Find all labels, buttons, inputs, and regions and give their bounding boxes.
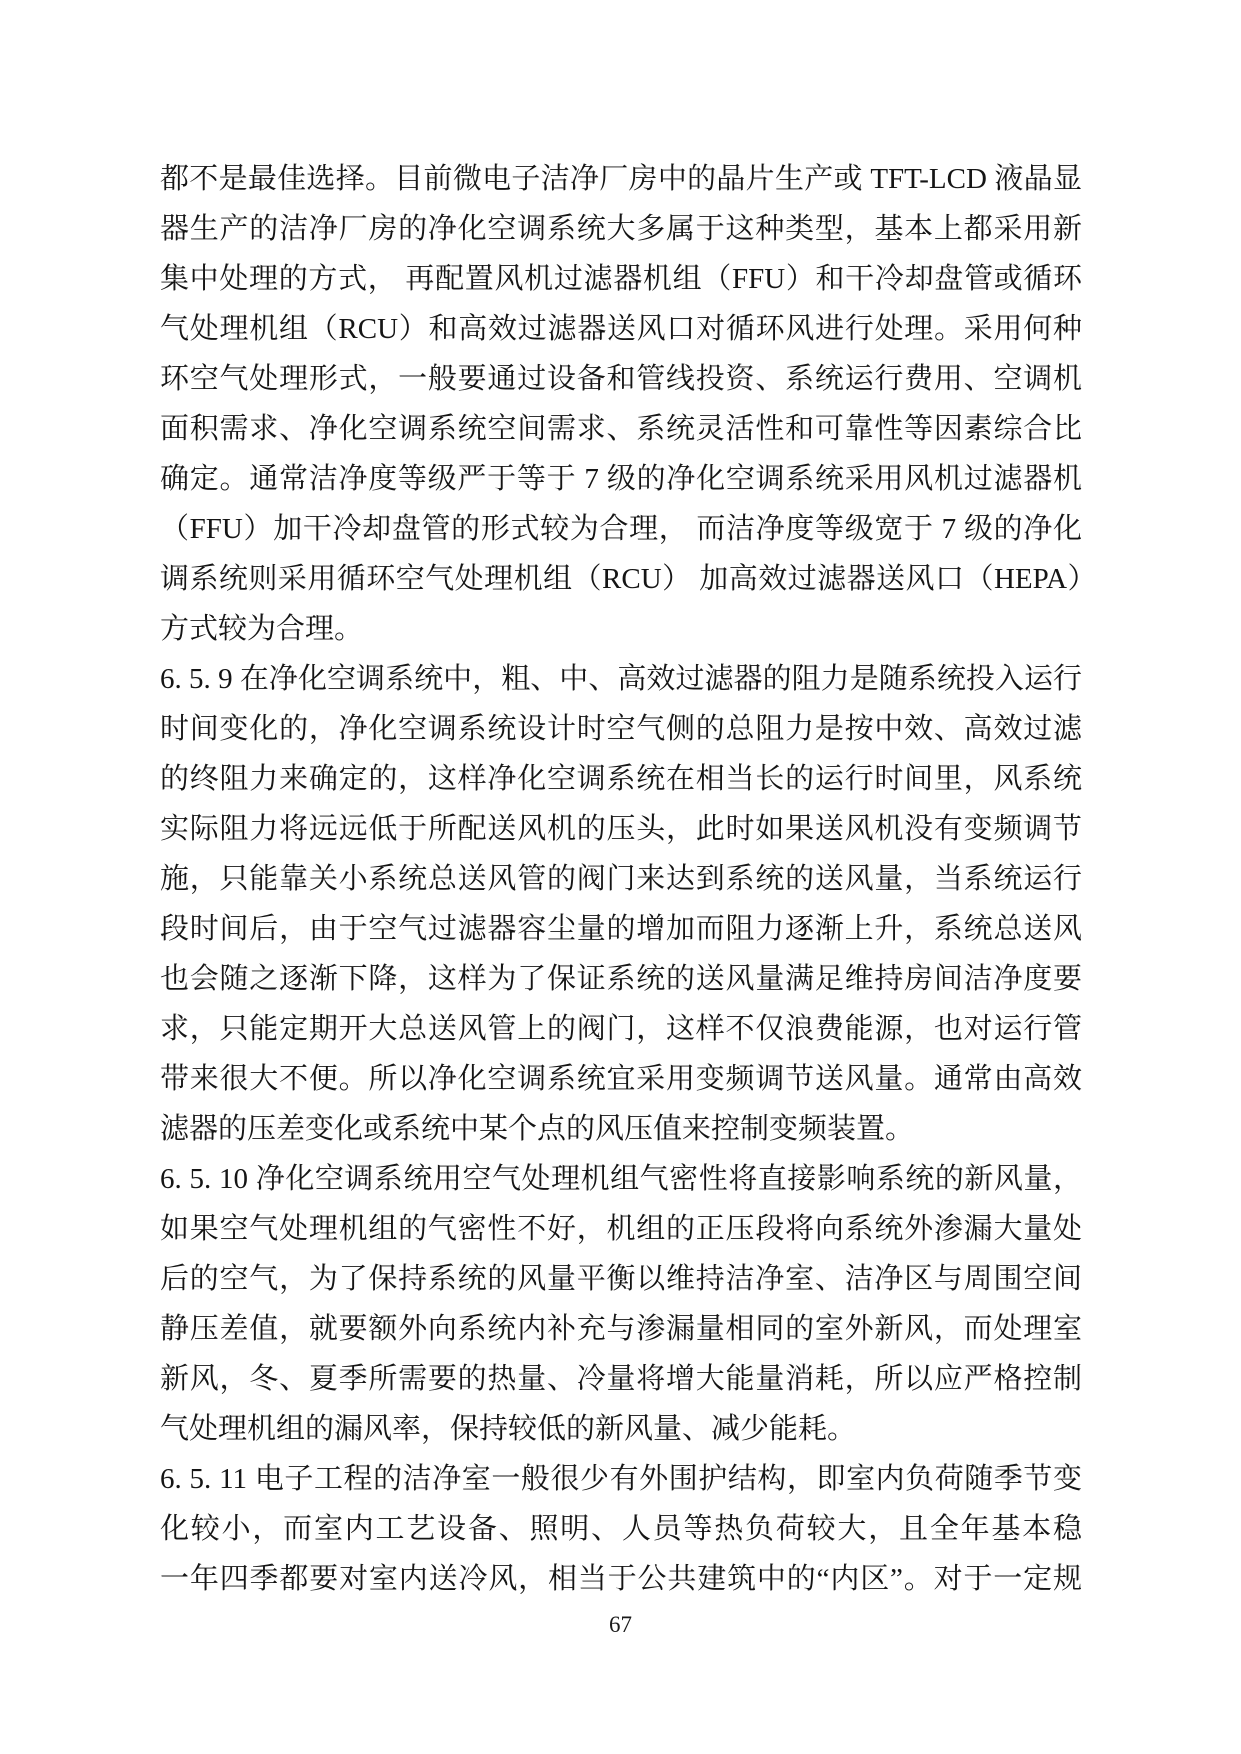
text-line: 如果空气处理机组的气密性不好，机组的正压段将向系统外渗漏大量处理: [160, 1204, 1082, 1254]
text-line-section-6-5-11: 6. 5. 11 电子工程的洁净室一般很少有外围护结构，即室内负荷随季节变: [160, 1454, 1082, 1504]
text-line: 静压差值，就要额外向系统内补充与渗漏量相同的室外新风，而处理室外: [160, 1304, 1082, 1354]
document-page: 都不是最佳选择。目前微电子洁净厂房中的晶片生产或 TFT-LCD 液晶显示 器生…: [0, 0, 1241, 1754]
text-line: 器生产的洁净厂房的净化空调系统大多属于这种类型，基本上都采用新风: [160, 204, 1082, 254]
text-line: 都不是最佳选择。目前微电子洁净厂房中的晶片生产或 TFT-LCD 液晶显示: [160, 154, 1082, 204]
text-line: 气处理机组的漏风率，保持较低的新风量、减少能耗。: [160, 1404, 1082, 1454]
text-line: 时间变化的，净化空调系统设计时空气侧的总阻力是按中效、高效过滤器: [160, 704, 1082, 754]
text-line: 方式较为合理。: [160, 604, 1082, 654]
text-line: 施，只能靠关小系统总送风管的阀门来达到系统的送风量，当系统运行一: [160, 854, 1082, 904]
text-line-section-6-5-9: 6. 5. 9 在净化空调系统中，粗、中、高效过滤器的阻力是随系统投入运行: [160, 654, 1082, 704]
text-line: 化较小，而室内工艺设备、照明、人员等热负荷较大，且全年基本稳定，: [160, 1504, 1082, 1554]
text-line-section-6-5-10: 6. 5. 10 净化空调系统用空气处理机组气密性将直接影响系统的新风量，: [160, 1154, 1082, 1204]
text-line: 确定。通常洁净度等级严于等于 7 级的净化空调系统采用风机过滤器机组: [160, 454, 1082, 504]
text-line: 面积需求、净化空调系统空间需求、系统灵活性和可靠性等因素综合比较: [160, 404, 1082, 454]
text-line: 求，只能定期开大总送风管上的阀门，这样不仅浪费能源，也对运行管理: [160, 1004, 1082, 1054]
text-line: 环空气处理形式，一般要通过设备和管线投资、系统运行费用、空调机房: [160, 354, 1082, 404]
text-line: 也会随之逐渐下降，这样为了保证系统的送风量满足维持房间洁净度要: [160, 954, 1082, 1004]
text-line: （FFU）加干冷却盘管的形式较为合理， 而洁净度等级宽于 7 级的净化空: [160, 504, 1082, 554]
text-line: 一年四季都要对室内送冷风，相当于公共建筑中的“内区”。对于一定规: [160, 1554, 1082, 1604]
page-number: 67: [0, 1612, 1241, 1638]
text-line: 集中处理的方式， 再配置风机过滤器机组（FFU）和干冷却盘管或循环空: [160, 254, 1082, 304]
body-text: 都不是最佳选择。目前微电子洁净厂房中的晶片生产或 TFT-LCD 液晶显示 器生…: [160, 154, 1082, 1604]
text-line: 段时间后，由于空气过滤器容尘量的增加而阻力逐渐上升，系统总送风量: [160, 904, 1082, 954]
text-line: 后的空气，为了保持系统的风量平衡以维持洁净室、洁净区与周围空间的: [160, 1254, 1082, 1304]
text-line: 的终阻力来确定的，这样净化空调系统在相当长的运行时间里，风系统的: [160, 754, 1082, 804]
text-line: 滤器的压差变化或系统中某个点的风压值来控制变频装置。: [160, 1104, 1082, 1154]
text-line: 实际阻力将远远低于所配送风机的压头，此时如果送风机没有变频调节措: [160, 804, 1082, 854]
text-line: 气处理机组（RCU）和高效过滤器送风口对循环风进行处理。采用何种循: [160, 304, 1082, 354]
text-line: 新风，冬、夏季所需要的热量、冷量将增大能量消耗，所以应严格控制空: [160, 1354, 1082, 1404]
text-line: 带来很大不便。所以净化空调系统宜采用变频调节送风量。通常由高效过: [160, 1054, 1082, 1104]
text-line: 调系统则采用循环空气处理机组（RCU） 加高效过滤器送风口（HEPA）的: [160, 554, 1082, 604]
